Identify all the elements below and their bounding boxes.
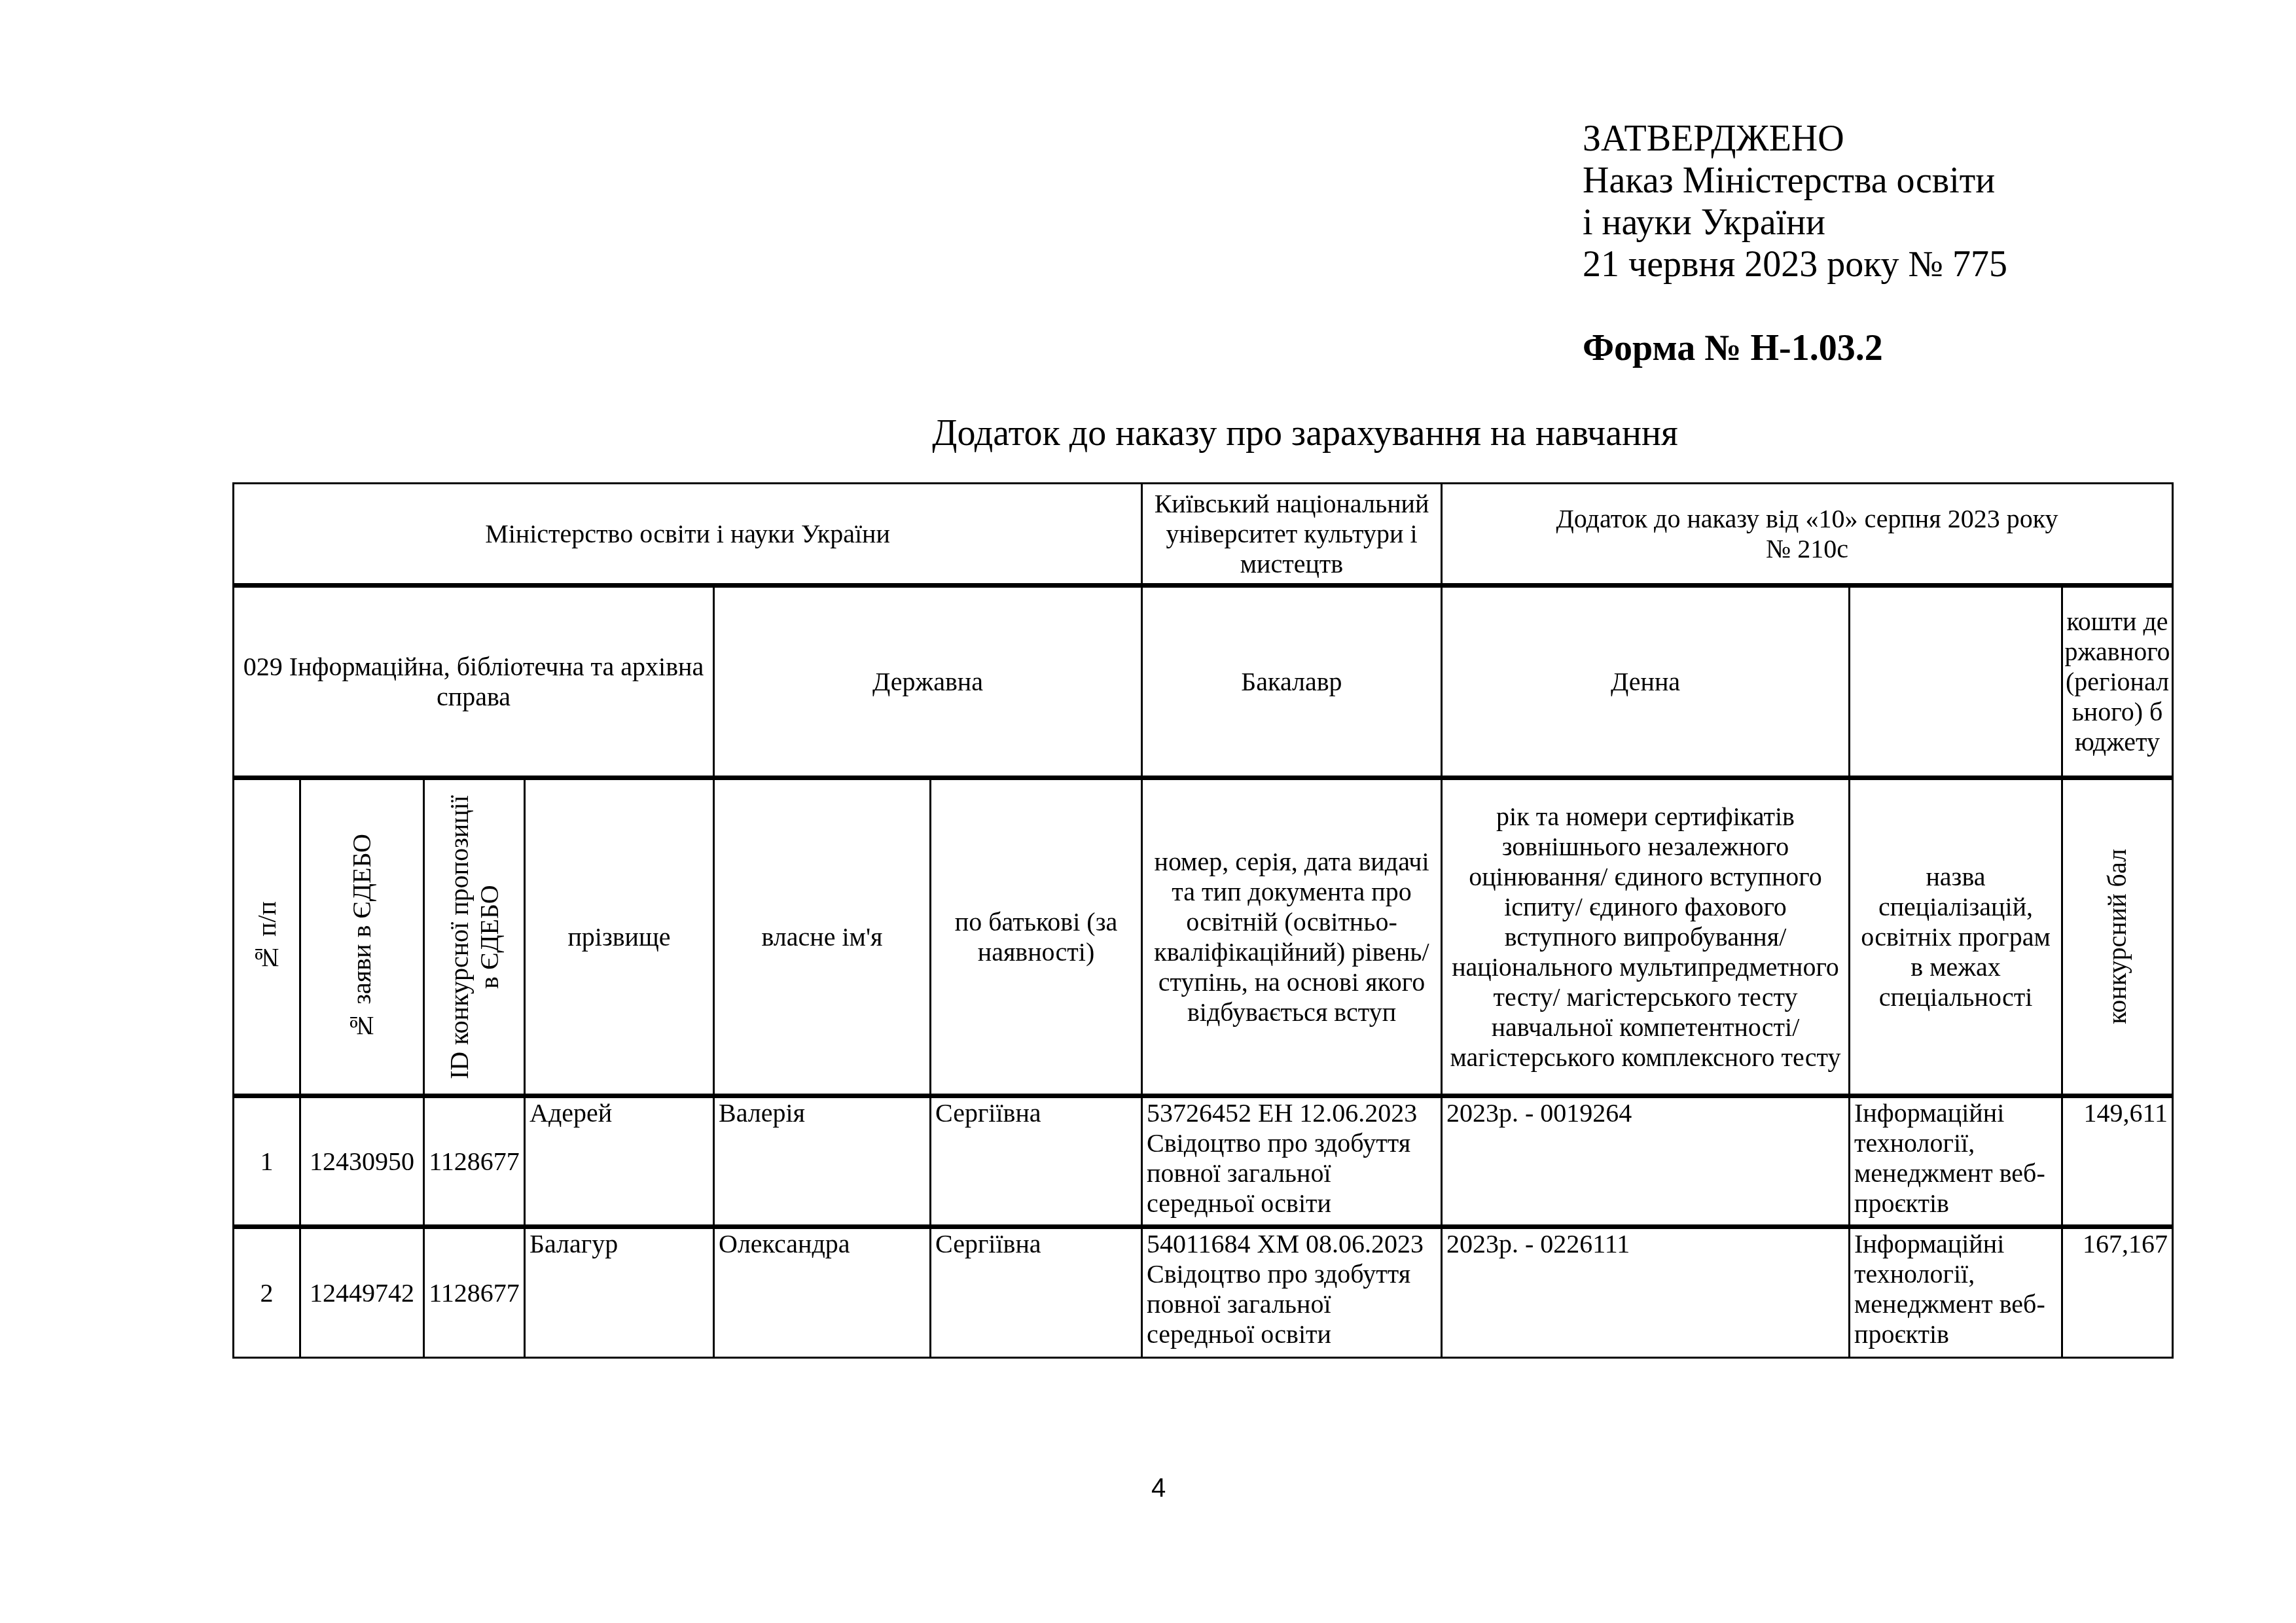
cell-application-id: 12449742 bbox=[300, 1227, 424, 1358]
cell-offer-id: 1128677 bbox=[424, 1227, 525, 1358]
study-form-cell: Денна bbox=[1442, 586, 1850, 778]
blank-cell bbox=[1850, 586, 2062, 778]
cell-document: 54011684 ХМ 08.06.2023 Свідоцтво про здо… bbox=[1142, 1227, 1442, 1358]
document-title: Додаток до наказу про зарахування на нав… bbox=[0, 412, 2296, 454]
approval-line: ЗАТВЕРДЖЕНО bbox=[1583, 118, 2007, 160]
cell-num: 1 bbox=[234, 1096, 300, 1227]
approval-line: Наказ Міністерства освіти bbox=[1583, 160, 2007, 202]
order-ref-cell: Додаток до наказу від «10» серпня 2023 р… bbox=[1442, 484, 2173, 586]
degree-cell: Бакалавр bbox=[1142, 586, 1442, 778]
ministry-cell: Міністерство освіти і науки України bbox=[234, 484, 1142, 586]
cell-score: 149,611 bbox=[2062, 1096, 2173, 1227]
cell-first-name: Валерія bbox=[714, 1096, 931, 1227]
cell-patronymic: Сергіївна bbox=[931, 1227, 1142, 1358]
funding-cell: кошти державного (регіонального) бюджету bbox=[2062, 586, 2173, 778]
form-number: Форма № Н-1.03.2 bbox=[1583, 327, 1883, 369]
cell-program: Інформаційні технології, менеджмент веб-… bbox=[1850, 1096, 2062, 1227]
cell-certificates: 2023р. - 0226111 bbox=[1442, 1227, 1850, 1358]
cell-first-name: Олександра bbox=[714, 1227, 931, 1358]
approval-line: і науки України bbox=[1583, 202, 2007, 243]
page-number: 4 bbox=[1139, 1474, 1178, 1503]
cell-document: 53726452 ЕН 12.06.2023 Свідоцтво про здо… bbox=[1142, 1096, 1442, 1227]
table-row: 1 12430950 1128677 Адерей Валерія Сергії… bbox=[234, 1096, 2173, 1227]
ownership-cell: Державна bbox=[714, 586, 1142, 778]
enrollment-table: Міністерство освіти і науки України Київ… bbox=[232, 482, 2174, 1359]
cell-surname: Адерей bbox=[525, 1096, 714, 1227]
cell-score: 167,167 bbox=[2062, 1227, 2173, 1358]
col-header-surname: прізвище bbox=[525, 778, 714, 1096]
col-header-program: назва спеціалізацій, освітніх програм в … bbox=[1850, 778, 2062, 1096]
cell-surname: Балагур bbox=[525, 1227, 714, 1358]
cell-patronymic: Сергіївна bbox=[931, 1096, 1142, 1227]
approval-line: 21 червня 2023 року № 775 bbox=[1583, 243, 2007, 285]
cell-application-id: 12430950 bbox=[300, 1096, 424, 1227]
table-row: 2 12449742 1128677 Балагур Олександра Се… bbox=[234, 1227, 2173, 1358]
specialty-cell: 029 Інформаційна, бібліотечна та архівна… bbox=[234, 586, 714, 778]
order-number: № 210с bbox=[1446, 534, 2168, 564]
col-header-document: номер, серія, дата видачі та тип докумен… bbox=[1142, 778, 1442, 1096]
col-header-offer-id: ID конкурсної пропозиції в ЄДЕБО bbox=[424, 778, 525, 1096]
col-header-patronymic: по батькові (за наявності) bbox=[931, 778, 1142, 1096]
col-header-score: конкурсний бал bbox=[2062, 778, 2173, 1096]
col-header-certificates: рік та номери сертифікатів зовнішнього н… bbox=[1442, 778, 1850, 1096]
university-cell: Київський національний університет культ… bbox=[1142, 484, 1442, 586]
col-header-first-name: власне ім'я bbox=[714, 778, 931, 1096]
approval-block: ЗАТВЕРДЖЕНО Наказ Міністерства освіти і … bbox=[1583, 118, 2007, 285]
col-header-application: № заяви в ЄДЕБО bbox=[300, 778, 424, 1096]
col-header-num: № п/п bbox=[234, 778, 300, 1096]
column-header-row: № п/п № заяви в ЄДЕБО ID конкурсної проп… bbox=[234, 778, 2173, 1096]
cell-certificates: 2023р. - 0019264 bbox=[1442, 1096, 1850, 1227]
order-date: Додаток до наказу від «10» серпня 2023 р… bbox=[1446, 504, 2168, 534]
cell-num: 2 bbox=[234, 1227, 300, 1358]
cell-offer-id: 1128677 bbox=[424, 1096, 525, 1227]
cell-program: Інформаційні технології, менеджмент веб-… bbox=[1850, 1227, 2062, 1358]
